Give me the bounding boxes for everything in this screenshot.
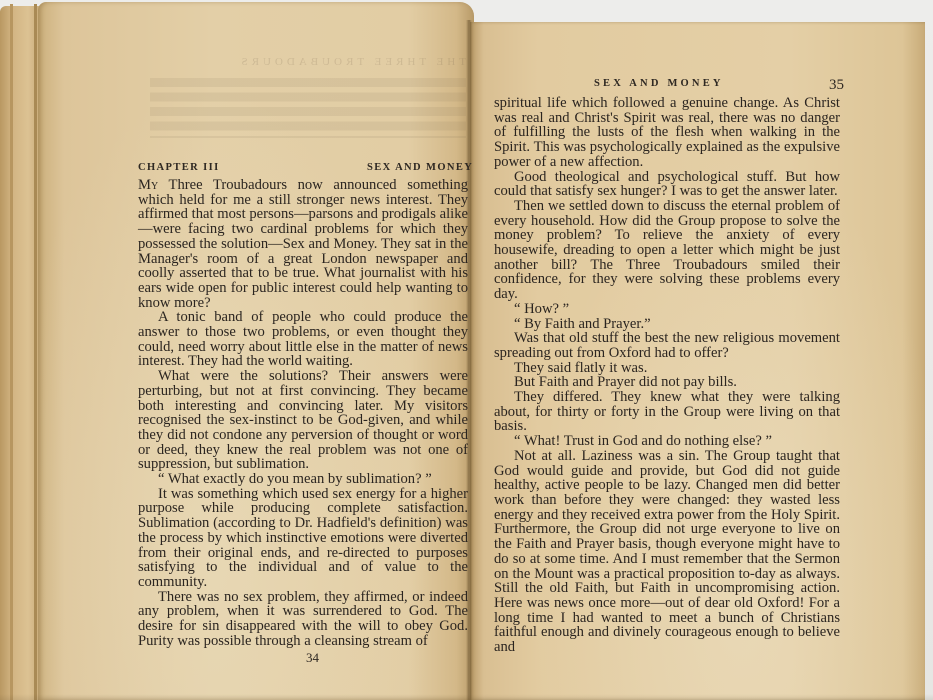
paragraph: There was no sex problem, they affirmed,…: [138, 590, 468, 649]
show-through-text: [150, 78, 466, 138]
running-head-chapter: CHAPTER III: [138, 162, 220, 173]
paragraph-continued: spiritual life which followed a genuine …: [494, 96, 840, 170]
paragraph: Not at all. Laziness was a sin. The Grou…: [494, 449, 840, 655]
running-head-title-left: SEX AND MONEY: [367, 162, 473, 173]
right-page-body: spiritual life which followed a genuine …: [494, 96, 840, 655]
paragraph: Then we settled down to discuss the eter…: [494, 199, 840, 302]
page-number-right: 35: [829, 77, 844, 94]
paragraph: My Three Troubadours now announced somet…: [138, 178, 468, 310]
paragraph: What were the solutions? Their answers w…: [138, 369, 468, 472]
running-head-title-right: SEX AND MONEY: [594, 78, 724, 89]
paragraph: But Faith and Prayer did not pay bills.: [494, 375, 840, 390]
paragraph: It was something which used sex energy f…: [138, 487, 468, 590]
left-page-body: My Three Troubadours now announced somet…: [138, 178, 468, 649]
paragraph-quote: “ What exactly do you mean by sublimatio…: [138, 472, 468, 487]
page-edge-line: [10, 4, 13, 700]
page-edge-line: [34, 4, 37, 700]
show-through-heading: THE THREE TROUBADOURS: [196, 56, 466, 68]
book-photo: THE THREE TROUBADOURS CHAPTER III SEX AN…: [0, 0, 933, 700]
page-number-left: 34: [306, 650, 319, 666]
paragraph-quote: “ What! Trust in God and do nothing else…: [494, 434, 840, 449]
paragraph: Good theological and psychological stuff…: [494, 170, 840, 199]
paragraph-quote: “ How? ”: [494, 302, 840, 317]
paragraph: They differed. They knew what they were …: [494, 390, 840, 434]
paragraph-quote: “ By Faith and Prayer.”: [494, 317, 840, 332]
paragraph: A tonic band of people who could produce…: [138, 310, 468, 369]
paragraph: Was that old stuff the best the new reli…: [494, 331, 840, 360]
paragraph: They said flatly it was.: [494, 361, 840, 376]
bottom-shadow: [0, 694, 933, 700]
drop-word: My: [138, 177, 158, 193]
